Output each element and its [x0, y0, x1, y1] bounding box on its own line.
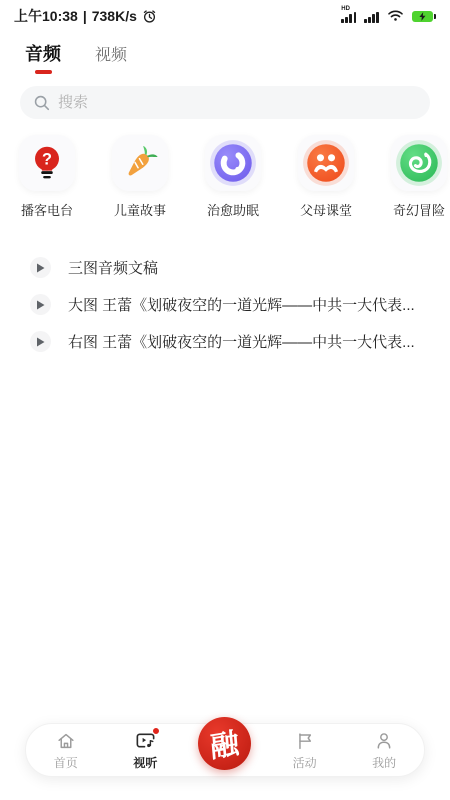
tab-active-underline — [35, 70, 52, 74]
signal-icon — [364, 12, 379, 23]
category-label: 奇幻冒险 — [391, 200, 447, 219]
tab-video-label: 视频 — [95, 47, 127, 64]
search-bar[interactable] — [20, 86, 430, 119]
rong-label: 融 — [209, 720, 241, 765]
svg-text:?: ? — [42, 150, 52, 168]
home-icon — [54, 729, 77, 752]
category-item-fantasy-adventure[interactable]: 奇幻冒险 — [391, 135, 447, 219]
wifi-icon — [387, 9, 404, 22]
rong-center-button[interactable]: 融 — [198, 717, 251, 770]
bottom-nav-bar: 首页 视听 融 活动 — [25, 723, 425, 777]
nav-item-home[interactable]: 首页 — [26, 729, 106, 771]
status-time: 上午10:38 — [14, 6, 78, 26]
category-row: ? 播客电台 儿童故事 — [0, 119, 450, 219]
tab-audio-label: 音频 — [25, 40, 61, 66]
audio-title: 大图 王蕾《划破夜空的一道光辉——中共一大代表... — [68, 294, 433, 315]
category-item-podcast-radio[interactable]: ? 播客电台 — [19, 135, 75, 219]
podcast-radio-icon: ? — [19, 135, 75, 191]
play-icon[interactable] — [30, 294, 51, 315]
media-icon — [134, 729, 157, 752]
category-label: 儿童故事 — [112, 200, 168, 219]
search-icon — [33, 94, 50, 111]
audio-title: 三图音频文稿 — [68, 257, 176, 278]
nav-label-activity: 活动 — [293, 754, 317, 771]
tab-audio[interactable]: 音频 — [25, 40, 61, 74]
tab-video[interactable]: 视频 — [95, 42, 127, 65]
family-icon — [298, 135, 354, 191]
nav-item-media[interactable]: 视听 — [106, 729, 186, 771]
profile-icon — [373, 729, 396, 752]
sleep-moon-icon — [205, 135, 261, 191]
nav-item-profile[interactable]: 我的 — [344, 729, 424, 771]
play-icon[interactable] — [30, 331, 51, 352]
status-bar: 上午10:38 | 738K/s HD — [0, 0, 450, 28]
nav-label-profile: 我的 — [372, 754, 396, 771]
audio-list-item[interactable]: 三图音频文稿 — [0, 249, 450, 286]
alarm-clock-icon — [142, 9, 157, 24]
nav-center-slot: 融 — [185, 724, 265, 777]
hd-signal-icon: HD — [341, 12, 356, 23]
network-speed: 738K/s — [92, 8, 137, 24]
flag-icon — [293, 729, 316, 752]
nav-label-media: 视听 — [133, 754, 157, 771]
carrot-icon — [112, 135, 168, 191]
dragon-icon — [391, 135, 447, 191]
category-item-healing-sleep[interactable]: 治愈助眠 — [205, 135, 261, 219]
status-separator: | — [83, 8, 87, 24]
play-icon[interactable] — [30, 257, 51, 278]
top-tab-bar: 音频 视频 — [0, 28, 450, 74]
category-item-children-stories[interactable]: 儿童故事 — [112, 135, 168, 219]
search-input[interactable] — [58, 94, 417, 111]
audio-title: 右图 王蕾《划破夜空的一道光辉——中共一大代表... — [68, 331, 433, 352]
battery-charging-icon — [412, 11, 436, 23]
category-item-parents-class[interactable]: 父母课堂 — [298, 135, 354, 219]
notification-dot — [152, 727, 160, 735]
category-label: 播客电台 — [19, 200, 75, 219]
category-label: 治愈助眠 — [205, 200, 261, 219]
audio-list-item[interactable]: 右图 王蕾《划破夜空的一道光辉——中共一大代表... — [0, 323, 450, 360]
category-label: 父母课堂 — [298, 200, 354, 219]
nav-label-home: 首页 — [54, 754, 78, 771]
audio-list-item[interactable]: 大图 王蕾《划破夜空的一道光辉——中共一大代表... — [0, 286, 450, 323]
audio-list: 三图音频文稿 大图 王蕾《划破夜空的一道光辉——中共一大代表... 右图 王蕾《… — [0, 249, 450, 360]
nav-item-activity[interactable]: 活动 — [265, 729, 345, 771]
